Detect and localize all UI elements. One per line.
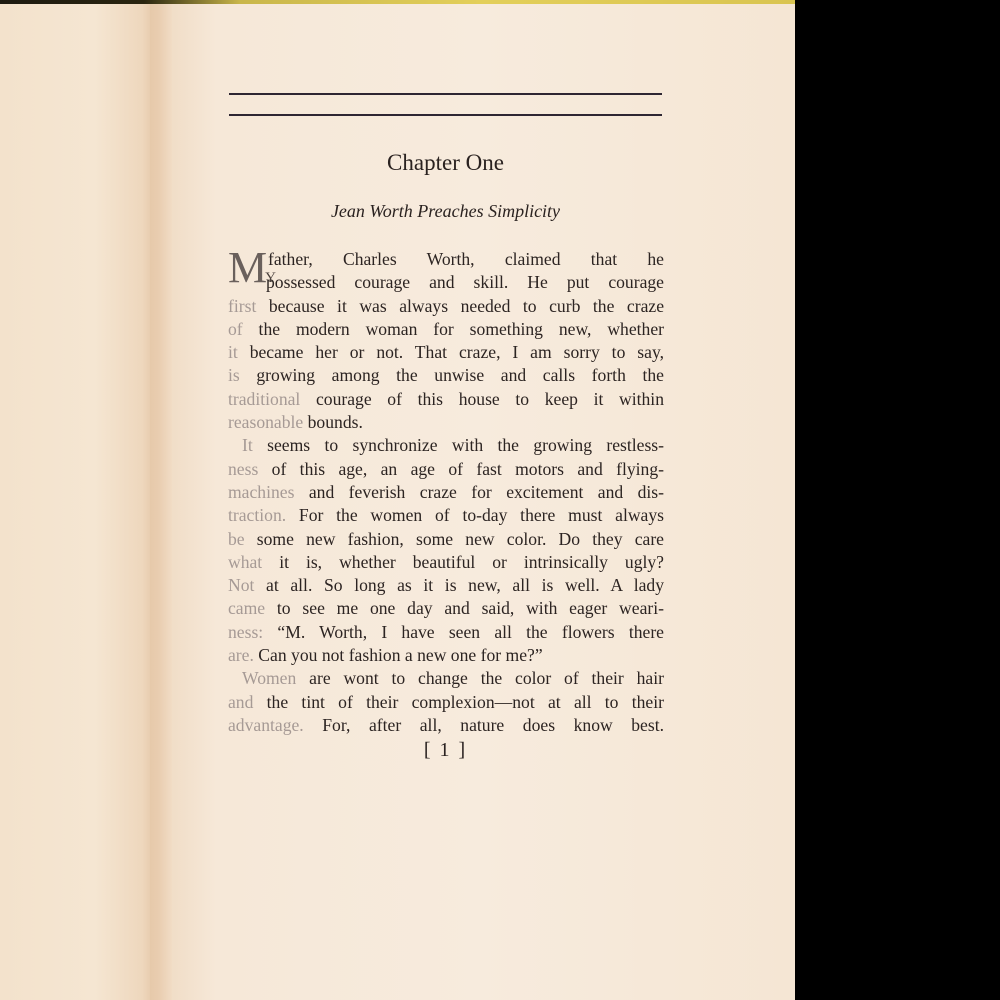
left-page bbox=[0, 4, 158, 1000]
faded-text: ness bbox=[228, 459, 258, 479]
line-text: For the women of to-day there must alway… bbox=[286, 505, 664, 525]
text-line: possessed courage and skill. He put cour… bbox=[228, 271, 664, 294]
faded-text: what bbox=[228, 552, 262, 572]
faded-text: It bbox=[242, 435, 253, 455]
line-text: father, Charles Worth, claimed that he bbox=[268, 249, 664, 269]
faded-text: first bbox=[228, 296, 256, 316]
text-line: of the modern woman for something new, w… bbox=[228, 318, 664, 341]
faded-text: it bbox=[228, 342, 238, 362]
faded-text: reasonable bbox=[228, 412, 303, 432]
line-text: bounds. bbox=[303, 412, 363, 432]
text-line: father, Charles Worth, claimed that he bbox=[228, 248, 664, 271]
text-line: ness of this age, an age of fast motors … bbox=[228, 458, 664, 481]
faded-text: be bbox=[228, 529, 245, 549]
line-text: of this age, an age of fast motors and f… bbox=[258, 459, 664, 479]
text-line: ness: “M. Worth, I have seen all the flo… bbox=[228, 621, 664, 644]
drop-cap: MY bbox=[228, 248, 276, 298]
text-line: it became her or not. That craze, I am s… bbox=[228, 341, 664, 364]
text-line: is growing among the unwise and calls fo… bbox=[228, 364, 664, 387]
text-line: what it is, whether beautiful or intrins… bbox=[228, 551, 664, 574]
line-text: at all. So long as it is new, all is wel… bbox=[254, 575, 664, 595]
text-line: It seems to synchronize with the growing… bbox=[228, 434, 664, 457]
text-line: reasonable bounds. bbox=[228, 411, 664, 434]
line-text: Can you not fashion a new one for me?” bbox=[254, 645, 543, 665]
chapter-title: Chapter One bbox=[229, 150, 662, 176]
faded-text: of bbox=[228, 319, 243, 339]
header-rule-bottom bbox=[229, 114, 662, 116]
line-text: some new fashion, some new color. Do the… bbox=[245, 529, 664, 549]
text-line: traditional courage of this house to kee… bbox=[228, 388, 664, 411]
page-number: [ 1 ] bbox=[229, 739, 662, 762]
faded-text: came bbox=[228, 598, 265, 618]
text-line: advantage. For, after all, nature does k… bbox=[228, 714, 664, 737]
line-text: growing among the unwise and calls forth… bbox=[240, 365, 664, 385]
line-text: and feverish craze for excitement and di… bbox=[294, 482, 664, 502]
header-rule-top bbox=[229, 93, 662, 95]
faded-text: is bbox=[228, 365, 240, 385]
text-line: and the tint of their complexion—not at … bbox=[228, 691, 664, 714]
line-text: to see me one day and said, with eager w… bbox=[265, 598, 664, 618]
faded-text: traditional bbox=[228, 389, 300, 409]
line-text: For, after all, nature does know best. bbox=[304, 715, 664, 735]
faded-text: Women bbox=[242, 668, 296, 688]
line-text: because it was always needed to curb the… bbox=[256, 296, 664, 316]
text-line: came to see me one day and said, with ea… bbox=[228, 597, 664, 620]
faded-text: traction. bbox=[228, 505, 286, 525]
faded-text: advantage. bbox=[228, 715, 304, 735]
text-line: Women are wont to change the color of th… bbox=[228, 667, 664, 690]
line-text: it is, whether beautiful or intrinsicall… bbox=[262, 552, 664, 572]
body-text: MY father, Charles Worth, claimed that h… bbox=[228, 248, 664, 737]
line-text: became her or not. That craze, I am sorr… bbox=[238, 342, 664, 362]
faded-text: and bbox=[228, 692, 253, 712]
text-line: Not at all. So long as it is new, all is… bbox=[228, 574, 664, 597]
text-line: be some new fashion, some new color. Do … bbox=[228, 528, 664, 551]
drop-cap-tail: Y bbox=[265, 270, 276, 286]
drop-cap-letter: M bbox=[228, 243, 265, 292]
background bbox=[795, 0, 1000, 1000]
text-line: traction. For the women of to-day there … bbox=[228, 504, 664, 527]
line-text: are wont to change the color of their ha… bbox=[296, 668, 664, 688]
text-line: machines and feverish craze for exciteme… bbox=[228, 481, 664, 504]
line-text: the modern woman for something new, whet… bbox=[243, 319, 664, 339]
faded-text: machines bbox=[228, 482, 294, 502]
text-line: are. Can you not fashion a new one for m… bbox=[228, 644, 664, 667]
line-text: courage of this house to keep it within bbox=[300, 389, 664, 409]
book-gutter bbox=[150, 4, 172, 1000]
line-text: the tint of their complexion—not at all … bbox=[253, 692, 664, 712]
faded-text: ness: bbox=[228, 622, 263, 642]
line-text: possessed courage and skill. He put cour… bbox=[266, 272, 664, 292]
faded-text: Not bbox=[228, 575, 254, 595]
faded-text: are. bbox=[228, 645, 254, 665]
line-text: seems to synchronize with the growing re… bbox=[253, 435, 664, 455]
chapter-subtitle: Jean Worth Preaches Simplicity bbox=[229, 201, 662, 222]
line-text: “M. Worth, I have seen all the flowers t… bbox=[263, 622, 664, 642]
text-line: first because it was always needed to cu… bbox=[228, 295, 664, 318]
